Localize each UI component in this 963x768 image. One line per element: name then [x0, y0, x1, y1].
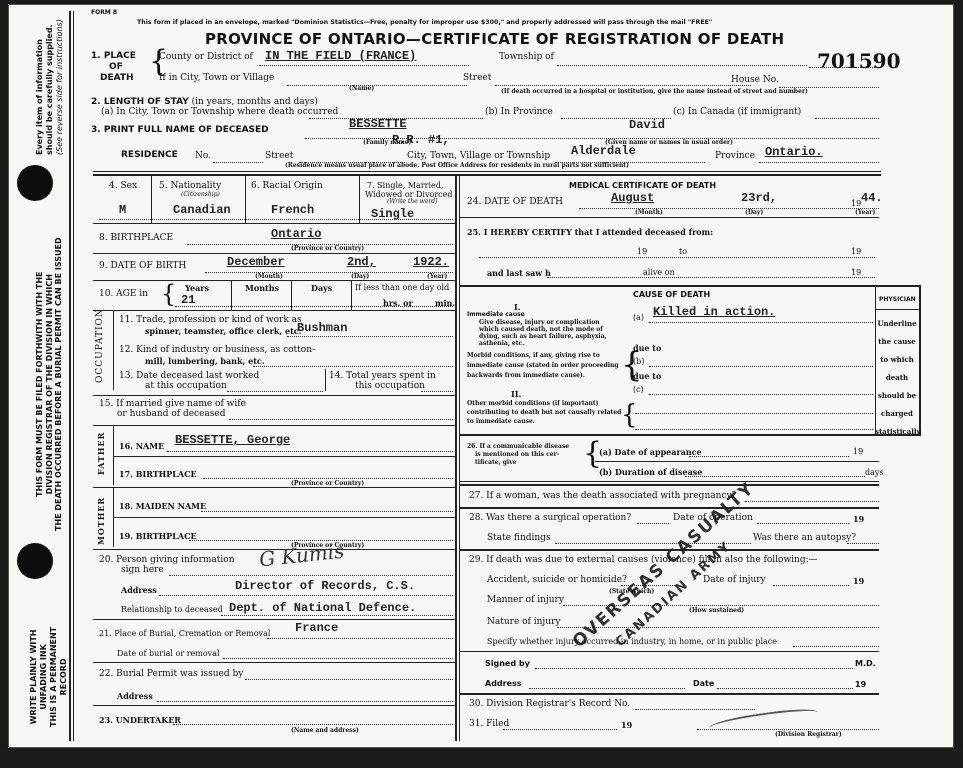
sign-date-19: 19 — [855, 680, 866, 689]
physician-note-line: death — [875, 369, 919, 387]
q15-line — [229, 419, 453, 420]
place-of-death-label: 1. PLACE — [91, 51, 136, 61]
row-divider — [459, 217, 879, 218]
cert-number-line — [809, 67, 879, 68]
mother-maiden-name-line — [201, 511, 453, 512]
burial-date-line — [223, 658, 453, 659]
q26-label: 26. If a communicable disease — [467, 443, 569, 450]
residence-province-value: Ontario. — [765, 145, 823, 159]
row-divider — [93, 425, 455, 426]
place-of-death-label: DEATH — [100, 73, 134, 83]
autopsy-line — [847, 543, 879, 544]
row-divider — [93, 487, 455, 488]
surgical-operation-line — [637, 523, 669, 524]
informant-address-value: Director of Records, C.S. — [235, 579, 415, 593]
registrar-record-line — [635, 709, 755, 710]
certify-label: 25. I HEREBY CERTIFY that I attended dec… — [467, 227, 713, 237]
nationality-label: 5. Nationality — [159, 181, 221, 191]
margin-filing-line: THIS FORM MUST BE FILED FORTHWITH WITH T… — [35, 237, 45, 531]
signed-by-label: Signed by — [485, 659, 530, 668]
margin-filing-line: THE DEATH OCCURRED BEFORE A BURIAL PERMI… — [54, 237, 64, 531]
residence-street-label: Street — [265, 151, 293, 161]
q12-line — [253, 366, 453, 367]
county-line — [259, 65, 469, 66]
age-label: 10. AGE in — [99, 289, 148, 299]
racial-origin-value: French — [271, 203, 314, 217]
dod-year-value: 44. — [861, 191, 883, 205]
injury-date-line — [773, 585, 849, 586]
burial-place-value: France — [295, 621, 338, 635]
stay-city-label: (a) In City, Town or Township where deat… — [101, 107, 338, 117]
dob-line — [205, 272, 453, 273]
marital-sub: (Write the word) — [387, 198, 437, 205]
street-line — [495, 85, 751, 86]
sex-label: 4. Sex — [109, 181, 137, 191]
certify-19b: 19 — [851, 247, 861, 256]
q26-label: tificate, give — [475, 459, 517, 466]
margin-ink-line: UNFADING INK — [39, 627, 49, 727]
city-line — [287, 85, 467, 86]
due-to-label: due to — [633, 343, 661, 353]
nationality-value: Canadian — [173, 203, 231, 217]
undertaker-line — [173, 724, 453, 725]
margin-divider — [69, 11, 71, 741]
nature-label: Nature of injury — [487, 617, 560, 627]
certify-19c: 19 — [851, 268, 861, 277]
dob-month-value: December — [227, 255, 285, 269]
postage-notice: This form if placed in an envelope, mark… — [137, 19, 712, 26]
filed-label: 31. Filed — [469, 719, 509, 729]
last-saw-label: and last saw h — [487, 268, 551, 278]
margin-ink-line: THIS IS A PERMANENT — [49, 627, 59, 727]
cell-divider — [151, 175, 152, 223]
length-of-stay-label: 2. LENGTH OF STAY — [91, 97, 189, 107]
informant-address-line — [159, 595, 453, 596]
father-birthplace-label: 17. BIRTHPLACE — [119, 469, 197, 479]
county-value: IN THE FIELD (FRANCE) — [265, 49, 416, 63]
death-certificate: Every item of information should be care… — [8, 4, 954, 748]
father-birthplace-line — [203, 478, 453, 479]
date-of-death-line — [579, 208, 879, 209]
margin-ink-line: RECORD — [59, 627, 69, 727]
margin-divider-inner — [73, 11, 74, 741]
birthplace-caption: (Province or Country) — [291, 245, 364, 252]
q13-line — [227, 391, 323, 392]
deceased-name-label: 3. PRINT FULL NAME OF DECEASED — [91, 125, 269, 135]
name-caption: (Name) — [349, 85, 374, 92]
q12-sub: mill, lumbering, bank, etc. — [145, 356, 265, 366]
scan-border — [0, 748, 963, 768]
q15-label: 15. If married give name of wife — [99, 399, 246, 409]
signed-by-line — [535, 668, 853, 669]
row-divider — [93, 619, 455, 620]
given-name-value: David — [629, 118, 665, 132]
birthplace-value: Ontario — [271, 227, 321, 241]
certify-from-line — [479, 257, 875, 258]
row-divider — [93, 662, 455, 663]
stay-canada-label: (c) In Canada (if immigrant) — [673, 107, 801, 117]
q11-sub: spinner, teamster, office clerk, etc. — [145, 326, 301, 336]
birthplace-label: 8. BIRTHPLACE — [99, 233, 173, 243]
racial-origin-label: 6. Racial Origin — [251, 181, 323, 191]
father-name-label: 16. NAME — [119, 441, 164, 451]
part-two-label: II. — [511, 389, 521, 399]
physician-note: Underline the cause to which death shoul… — [875, 315, 919, 441]
row-divider — [595, 461, 879, 462]
informant-sign-label: sign here — [121, 565, 164, 575]
operation-date-line — [757, 523, 849, 524]
margin-filing-line: DIVISION REGISTRAR OF THE DIVISION IN WH… — [45, 237, 55, 531]
section-divider — [93, 174, 881, 176]
sign-date-label: Date — [693, 679, 714, 688]
margin-info-line: Every item of information — [35, 19, 45, 155]
punch-hole-bottom — [17, 543, 53, 579]
pregnancy-label: 27. If a woman, was the death associated… — [469, 491, 736, 501]
margin-info-line: (See reverse side for instructions) — [55, 19, 65, 155]
father-name-value: BESSETTE, George — [175, 433, 290, 447]
township-label: Township of — [499, 52, 554, 62]
row-divider — [459, 693, 879, 695]
cell-divider — [245, 175, 246, 223]
day-caption: (Day) — [745, 209, 763, 216]
dod-month-value: August — [611, 191, 654, 205]
margin-ink-line: WRITE PLAINLY WITH — [29, 627, 39, 727]
q11-label: 11. Trade, profession or kind of work as — [119, 315, 302, 325]
row-divider — [113, 517, 455, 518]
father-side-label: FATHER — [96, 432, 106, 475]
physician-note-line: statistically — [875, 423, 919, 441]
month-caption: (Month) — [635, 209, 663, 216]
manner-label: Manner of injury — [487, 595, 564, 605]
age-line — [175, 306, 453, 307]
days-label: Days — [311, 283, 332, 293]
dob-label: 9. DATE OF BIRTH — [99, 261, 186, 271]
street-label: Street — [463, 73, 491, 83]
row-divider — [459, 507, 879, 509]
relationship-label: Relationship to deceased — [121, 605, 223, 614]
physician-note-line: should be — [875, 387, 919, 405]
years-label: Years — [185, 283, 209, 293]
operation-date-19: 19 — [853, 514, 864, 524]
row-divider — [93, 223, 455, 224]
burial-place-line — [267, 638, 453, 639]
form-number: FORM 8 — [91, 9, 117, 16]
day-caption: (Day) — [351, 273, 369, 280]
age-years-value: 21 — [181, 293, 195, 307]
sign-date-line — [717, 688, 853, 689]
cause-c-label: (c) — [633, 385, 644, 394]
row-divider — [93, 280, 455, 281]
cell-divider — [359, 175, 360, 223]
row-divider — [459, 484, 879, 486]
residence-label: RESIDENCE — [121, 150, 178, 160]
pregnancy-line — [745, 501, 879, 502]
marital-label: 7. Single, Married, — [367, 181, 443, 190]
row-divider — [459, 651, 879, 652]
other-conditions-line — [635, 413, 873, 414]
q12-label: 12. Kind of industry or business, as cot… — [119, 345, 315, 355]
year-caption: (Year) — [427, 273, 447, 280]
residence-city-value: Alderdale — [571, 144, 636, 158]
residence-province-line — [759, 162, 879, 163]
occupation-side-divider — [113, 310, 114, 390]
physician-note-line: Underline — [875, 315, 919, 333]
informant-label: 20. Person giving information — [99, 555, 235, 565]
state-findings-label: State findings — [487, 533, 551, 543]
date-of-appearance-label: (a) Date of appearance — [599, 447, 702, 457]
q14-label: 14. Total years spent in — [329, 371, 436, 381]
cell-divider — [325, 369, 326, 391]
other-conditions-line — [635, 429, 873, 430]
immediate-cause-label: Immediate cause — [467, 311, 525, 318]
row-divider — [93, 395, 455, 396]
township-line — [557, 65, 807, 66]
residence-city-label: City, Town, Village or Township — [407, 151, 550, 161]
father-name-line — [167, 451, 453, 452]
mother-side-label: MOTHER — [96, 497, 106, 545]
row-divider — [93, 253, 455, 254]
duration-line — [685, 476, 865, 477]
medical-heading: MEDICAL CERTIFICATE OF DEATH — [569, 181, 716, 190]
cause-b-label: (b) — [633, 357, 644, 366]
stay-canada-line — [815, 118, 879, 119]
burial-permit-line — [245, 679, 453, 680]
residence-caption: (Residence means usual place of abode. P… — [285, 162, 629, 169]
date-of-appearance-line — [689, 456, 849, 457]
burial-place-label: 21. Place of Burial, Cremation or Remova… — [99, 629, 270, 638]
hospital-caption: (If death occurred in a hospital or inst… — [501, 88, 808, 95]
accident-label: Accident, suicide or homicide? — [487, 575, 627, 585]
other-conditions-label: Other morbid conditions (if important) c… — [467, 399, 623, 426]
physician-heading: PHYSICIAN — [879, 296, 916, 303]
cause-box-bottom — [459, 434, 921, 436]
cause-a-line — [649, 322, 873, 323]
registrar-caption: (Division Registrar) — [775, 731, 842, 738]
mother-birthplace-label: 19. BIRTHPLACE — [119, 531, 197, 541]
occupation-value: Bushman — [297, 321, 347, 335]
duration-days: days — [865, 468, 884, 477]
margin-info-line: should be carefully supplied. — [45, 19, 55, 155]
row-divider — [459, 481, 879, 482]
burial-permit-address-label: Address — [117, 691, 153, 701]
signer-address-line — [529, 688, 685, 689]
physician-note-line: to which — [875, 351, 919, 369]
relationship-value: Dept. of National Defence. — [229, 601, 416, 615]
dod-year-prefix: 19 — [851, 199, 861, 208]
sex-value: M — [119, 203, 126, 217]
dob-day-value: 2nd, — [347, 255, 376, 269]
month-caption: (Month) — [255, 273, 283, 280]
margin-ink-text: WRITE PLAINLY WITH UNFADING INK THIS IS … — [29, 627, 69, 727]
overseas-casualty-stamp: OVERSEAS CASUALTY — [569, 478, 759, 652]
column-divider — [455, 175, 457, 741]
physician-note-line: the cause — [875, 333, 919, 351]
injury-date-19: 19 — [853, 576, 864, 586]
months-label: Months — [245, 283, 279, 293]
informant-signature: G Kumis — [258, 539, 345, 572]
margin-filing-text: THIS FORM MUST BE FILED FORTHWITH WITH T… — [35, 237, 64, 531]
q14-line — [421, 391, 453, 392]
residence-province-label: Province — [715, 151, 755, 161]
father-birthplace-caption: (Province or Country) — [291, 480, 364, 487]
margin-info-text: Every item of information should be care… — [35, 19, 65, 155]
certificate-number: 701590 — [817, 49, 901, 73]
q14-sub: this occupation — [355, 381, 425, 391]
how-sustained-caption: (How sustained) — [689, 607, 744, 614]
q15-sub: or husband of deceased — [117, 409, 225, 419]
county-label: County or District of — [159, 52, 253, 62]
row-divider — [93, 705, 455, 706]
filed-19: 19 — [621, 720, 632, 730]
cause-a-label: (a) — [633, 313, 644, 322]
place-of-death-label: OF — [109, 62, 123, 72]
surgical-operation-label: 28. Was there a surgical operation? — [469, 513, 631, 523]
residence-no-line — [213, 162, 263, 163]
personal-line — [99, 219, 453, 220]
signer-address-label: Address — [485, 679, 522, 688]
mother-maiden-name-label: 18. MAIDEN NAME — [119, 501, 206, 511]
less-than-day-label: If less than one day old — [355, 283, 449, 292]
cause-b-line — [649, 366, 873, 367]
q26-label: is mentioned on this cer- — [475, 451, 559, 458]
registrar-record-label: 30. Division Registrar's Record No. — [469, 699, 630, 709]
brace: { — [161, 281, 176, 307]
stay-province-label: (b) In Province — [485, 107, 553, 117]
occupation-side-label: OCCUPATION — [95, 308, 105, 383]
informant-sign-line — [169, 575, 453, 576]
length-of-stay-sub: (in years, months and days) — [192, 97, 318, 107]
cause-box-right — [919, 285, 921, 435]
column-divider-inner — [459, 175, 460, 741]
rural-route-value: R.R. #1, — [392, 133, 450, 147]
father-side-divider — [113, 425, 114, 485]
q13-sub: at this occupation — [145, 381, 227, 391]
q13-label: 13. Date deceased last worked — [119, 371, 259, 381]
residence-no-label: No. — [195, 151, 211, 161]
due-to-label: due to — [633, 371, 661, 381]
date-of-death-label: 24. DATE OF DEATH — [467, 197, 563, 207]
cause-box-top — [459, 285, 921, 287]
cause-c-line — [649, 394, 873, 395]
punch-hole-top — [17, 165, 53, 201]
burial-permit-label: 22. Burial Permit was issued by — [99, 669, 243, 679]
injury-date-label: Date of injury — [703, 575, 766, 585]
date-of-appearance-19: 19 — [853, 447, 863, 456]
external-causes-label: 29. If death was due to external causes … — [469, 555, 818, 565]
nationality-sub: (Citizenship) — [181, 191, 220, 198]
form-title: PROVINCE OF ONTARIO—CERTIFICATE OF REGIS… — [205, 30, 784, 48]
house-label: House No. — [731, 75, 779, 85]
cause-a-value: Killed in action. — [653, 305, 775, 319]
dob-year-value: 1922. — [413, 255, 449, 269]
undertaker-label: 23. UNDERTAKER — [99, 715, 181, 725]
city-label: If in City, Town or Village — [159, 73, 274, 83]
certify-19a: 19 — [637, 247, 647, 256]
brace: { — [621, 399, 638, 431]
certify-to: to — [679, 247, 687, 256]
immediate-cause-desc: Give disease, injury or complication whi… — [479, 319, 619, 347]
row-divider — [113, 456, 455, 457]
cause-heading: CAUSE OF DEATH — [633, 290, 710, 299]
physician-note-line: charged — [875, 405, 919, 423]
burial-date-label: Date of burial or removal — [117, 649, 220, 658]
row-divider — [93, 310, 455, 311]
physician-header-line — [875, 309, 921, 310]
informant-address-label: Address — [121, 585, 157, 595]
specify-line — [793, 646, 879, 647]
autopsy-label: Was there an autopsy? — [753, 533, 856, 543]
last-saw-line — [547, 277, 875, 278]
filed-line — [503, 729, 617, 730]
section-divider — [93, 171, 881, 172]
alive-on-label: alive on — [643, 268, 675, 277]
dod-day-value: 23rd, — [741, 191, 777, 205]
morbid-conditions-label: Morbid conditions, if any, giving rise t… — [467, 351, 623, 381]
relationship-line — [221, 615, 453, 616]
undertaker-caption: (Name and address) — [291, 727, 359, 734]
burial-permit-address-line — [157, 701, 453, 702]
md-label: M.D. — [855, 659, 876, 668]
q11-line — [287, 336, 453, 337]
year-caption: (Year) — [855, 209, 875, 216]
family-name-value: BESSETTE — [349, 117, 407, 131]
